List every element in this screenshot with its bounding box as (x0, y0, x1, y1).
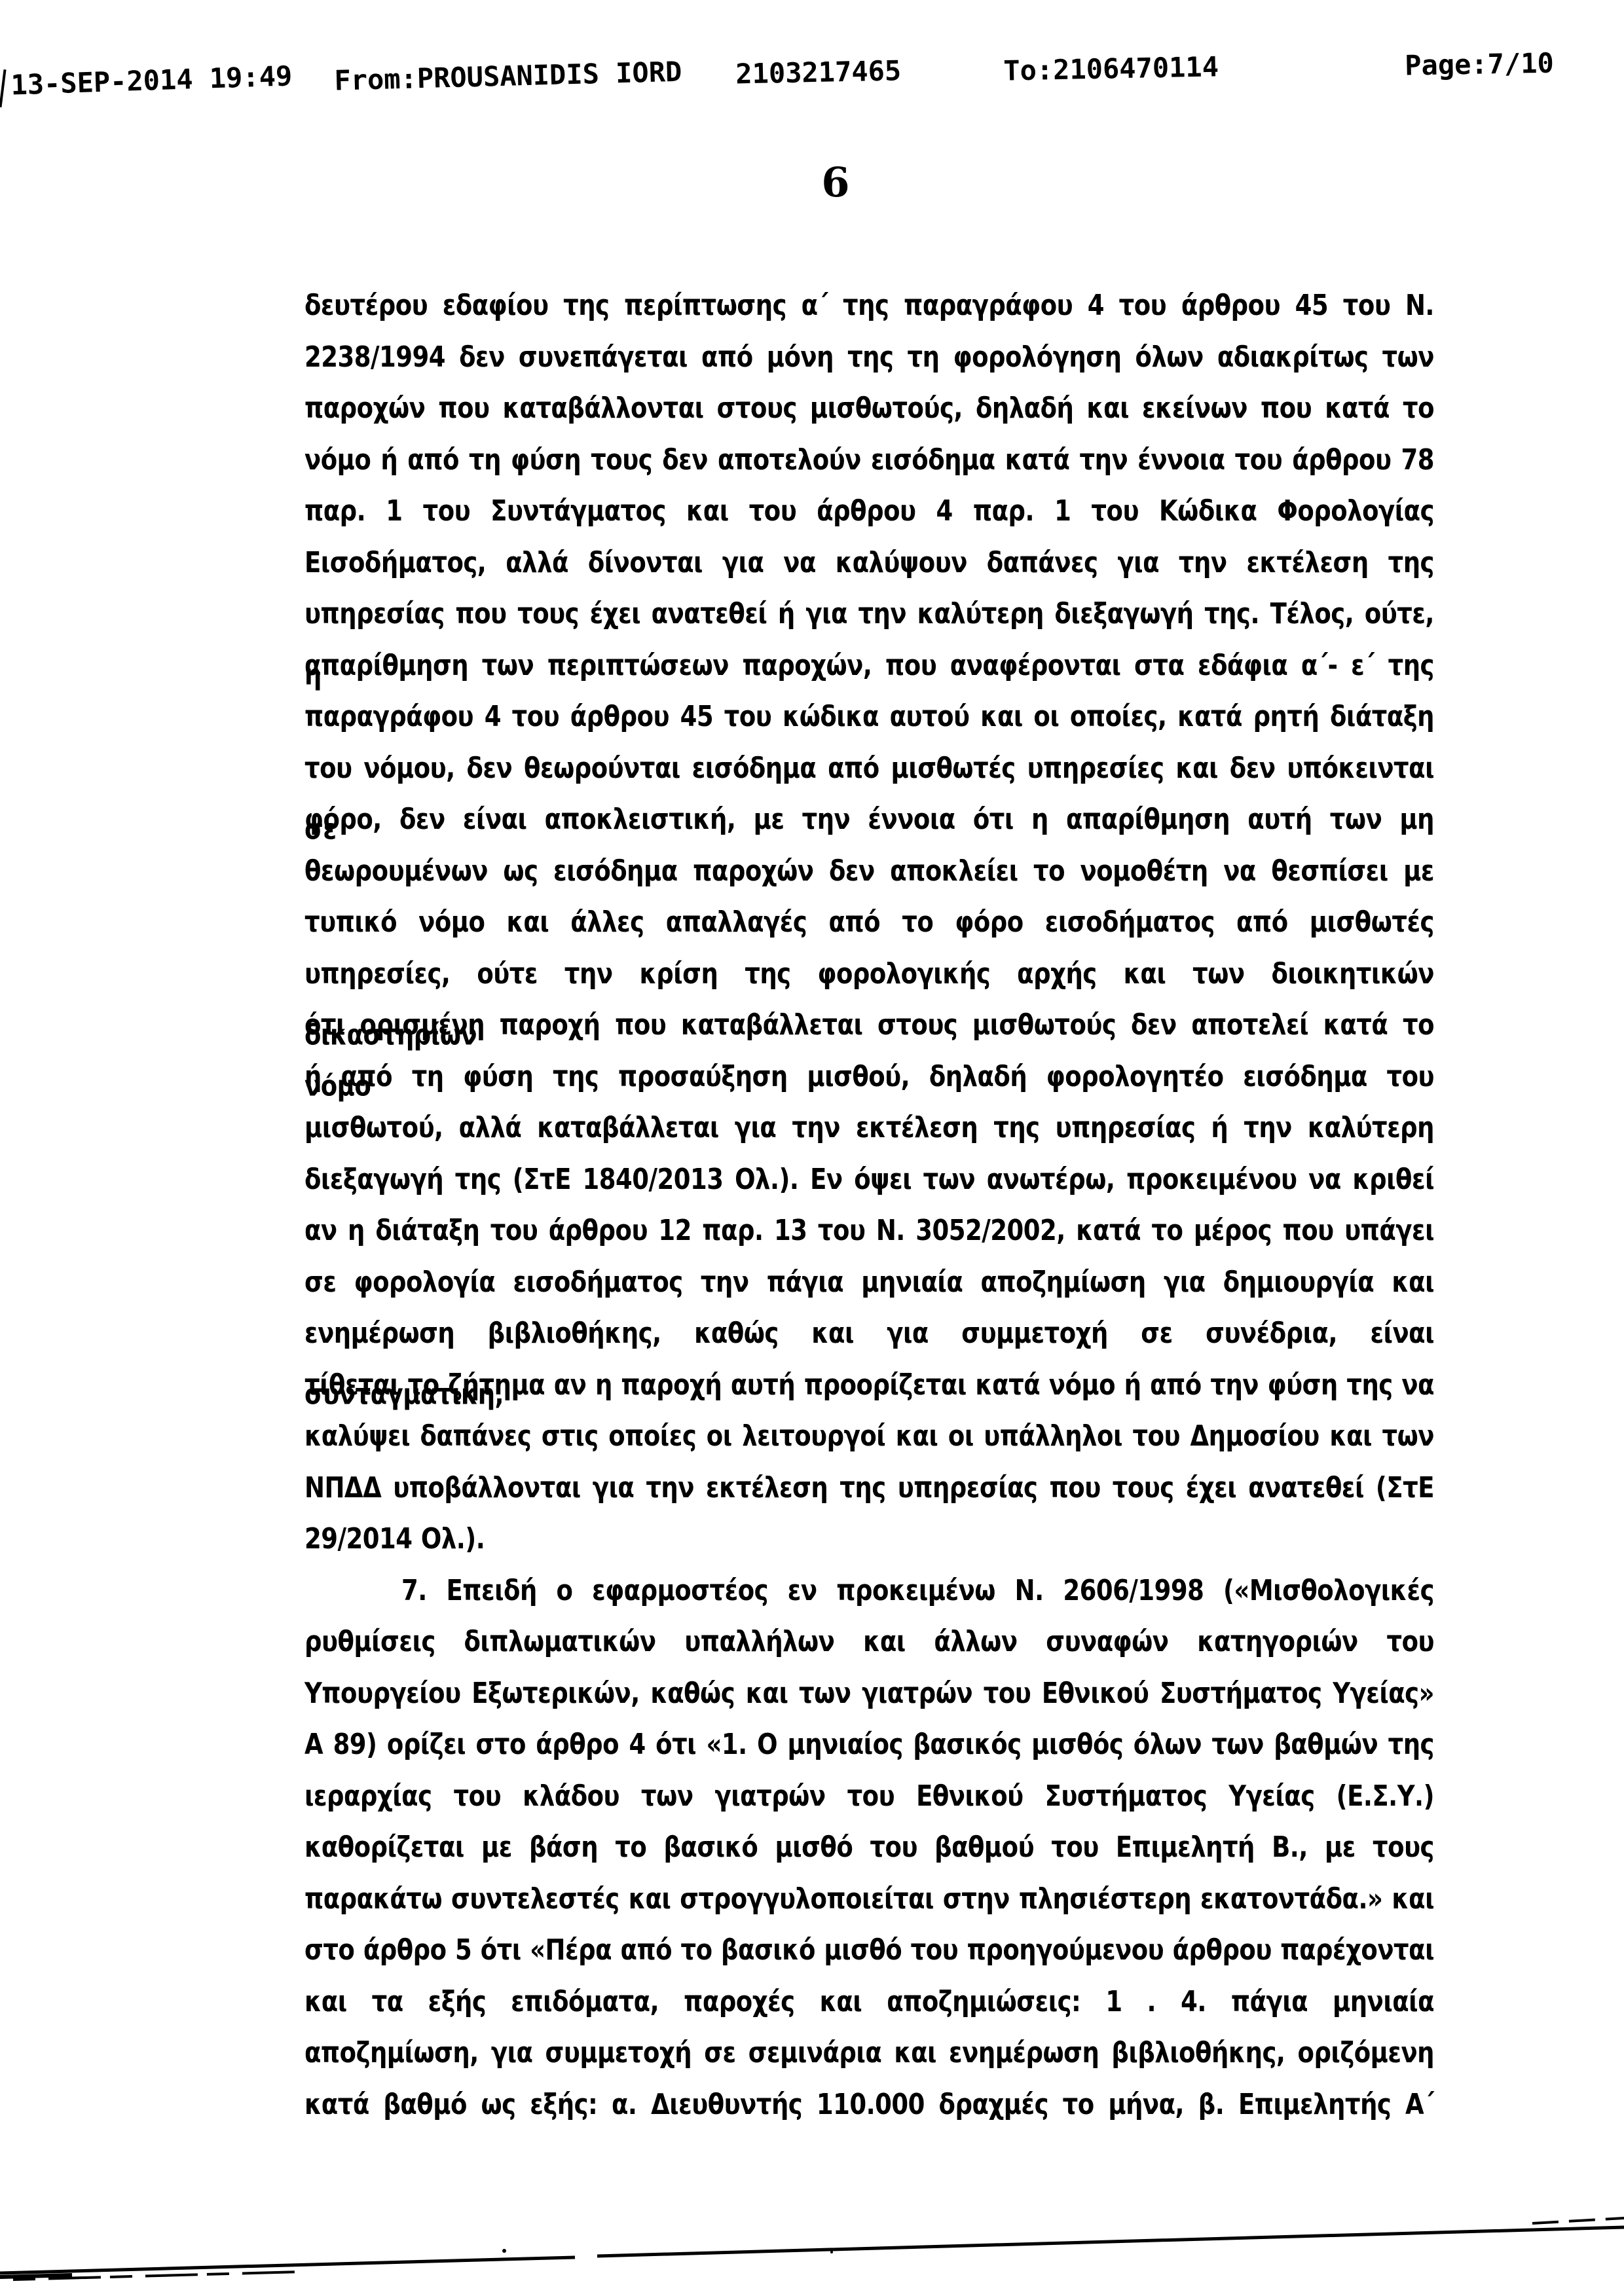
fax-page: 13-SEP-2014 19:49 From:PROUSANIDIS IORD … (0, 0, 1624, 2296)
scan-artifact-line (0, 0, 1624, 2296)
